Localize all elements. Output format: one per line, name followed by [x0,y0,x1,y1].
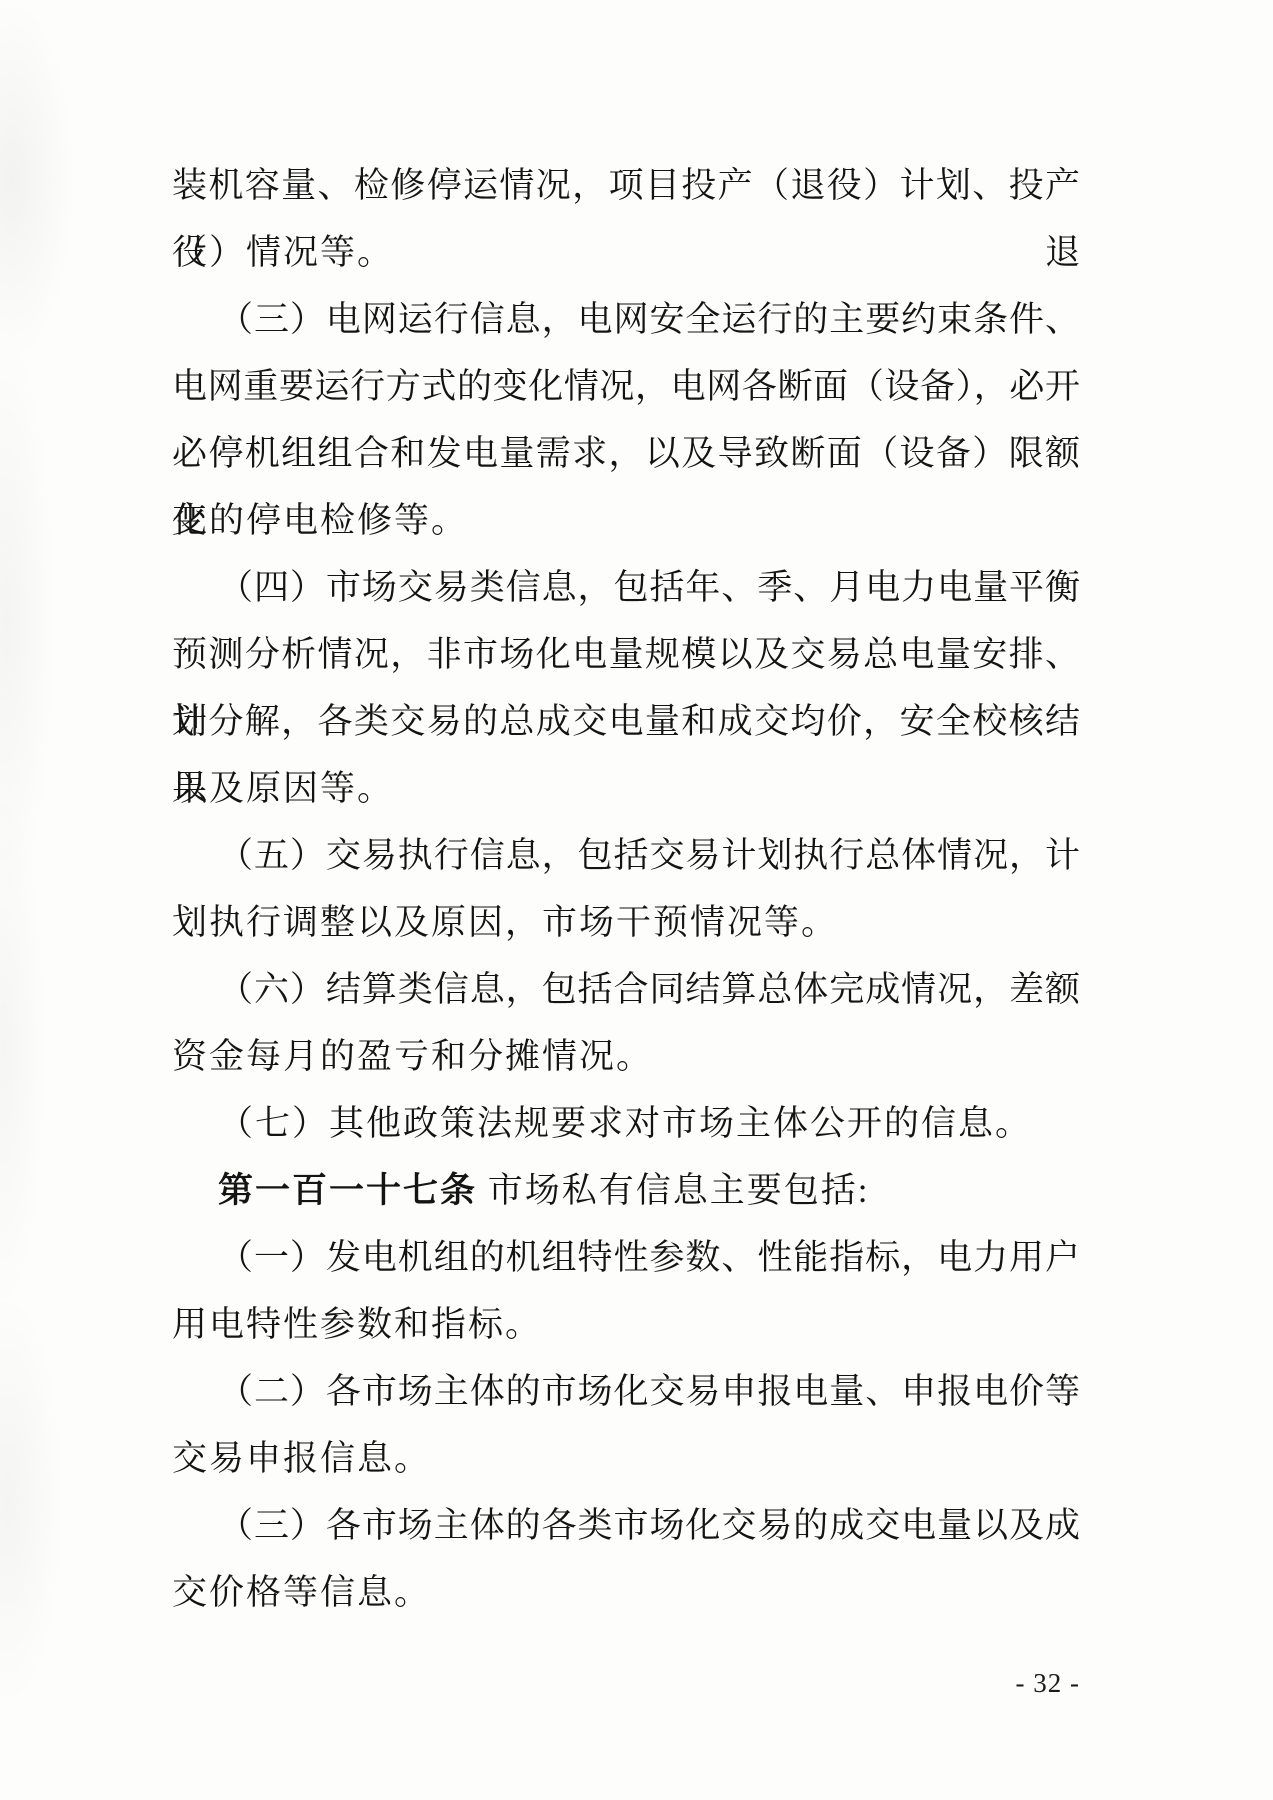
text-line: 装机容量、检修停运情况，项目投产（退役）计划、投产（退 [172,152,1080,219]
scan-artifact [0,0,140,1800]
paragraph: （一）发电机组的机组特性参数、性能指标，电力用户用电特性参数和指标。 [172,1224,1080,1358]
text-line: 必停机组组合和发电量需求，以及导致断面（设备）限额变 [172,420,1080,487]
paragraph: （三）各市场主体的各类市场化交易的成交电量以及成交价格等信息。 [172,1492,1080,1626]
paragraph: （四）市场交易类信息，包括年、季、月电力电量平衡预测分析情况，非市场化电量规模以… [172,554,1080,822]
text-line: （一）发电机组的机组特性参数、性能指标，电力用户 [172,1224,1080,1291]
text-line: （四）市场交易类信息，包括年、季、月电力电量平衡 [172,554,1080,621]
paragraph: （三）电网运行信息，电网安全运行的主要约束条件、电网重要运行方式的变化情况，电网… [172,286,1080,554]
text-line: （五）交易执行信息，包括交易计划执行总体情况，计 [172,822,1080,889]
text-line: 用电特性参数和指标。 [172,1291,1080,1358]
text-line: 交易申报信息。 [172,1425,1080,1492]
text-line: （六）结算类信息，包括合同结算总体完成情况，差额 [172,956,1080,1023]
paragraph: （五）交易执行信息，包括交易计划执行总体情况，计划执行调整以及原因，市场干预情况… [172,822,1080,956]
text-line: 划执行调整以及原因，市场干预情况等。 [172,889,1080,956]
text-line: 电网重要运行方式的变化情况，电网各断面（设备），必开 [172,353,1080,420]
text-line: 交价格等信息。 [172,1559,1080,1626]
text-line: （七）其他政策法规要求对市场主体公开的信息。 [172,1090,1080,1157]
text-line: （三）各市场主体的各类市场化交易的成交电量以及成 [172,1492,1080,1559]
text-line: 划分解，各类交易的总成交电量和成交均价，安全校核结果 [172,688,1080,755]
text-line: 以及原因等。 [172,755,1080,822]
paragraph: （七）其他政策法规要求对市场主体公开的信息。 [172,1090,1080,1157]
text-line: 第一百一十七条 市场私有信息主要包括: [172,1157,1080,1224]
page-number: - 32 - [872,1668,1080,1699]
article-text: 市场私有信息主要包括: [477,1171,869,1210]
text-line: 化的停电检修等。 [172,487,1080,554]
paragraph: （二）各市场主体的市场化交易申报电量、申报电价等交易申报信息。 [172,1358,1080,1492]
text-line: 预测分析情况，非市场化电量规模以及交易总电量安排、计 [172,621,1080,688]
paragraph: 第一百一十七条 市场私有信息主要包括: [172,1157,1080,1224]
article-number: 第一百一十七条 [218,1171,477,1210]
text-line: （三）电网运行信息，电网安全运行的主要约束条件、 [172,286,1080,353]
document-page: 装机容量、检修停运情况，项目投产（退役）计划、投产（退役）情况等。（三）电网运行… [0,0,1273,1800]
text-line: 资金每月的盈亏和分摊情况。 [172,1023,1080,1090]
document-body: 装机容量、检修停运情况，项目投产（退役）计划、投产（退役）情况等。（三）电网运行… [172,152,1080,1626]
paragraph: （六）结算类信息，包括合同结算总体完成情况，差额资金每月的盈亏和分摊情况。 [172,956,1080,1090]
paragraph: 装机容量、检修停运情况，项目投产（退役）计划、投产（退役）情况等。 [172,152,1080,286]
text-line: （二）各市场主体的市场化交易申报电量、申报电价等 [172,1358,1080,1425]
